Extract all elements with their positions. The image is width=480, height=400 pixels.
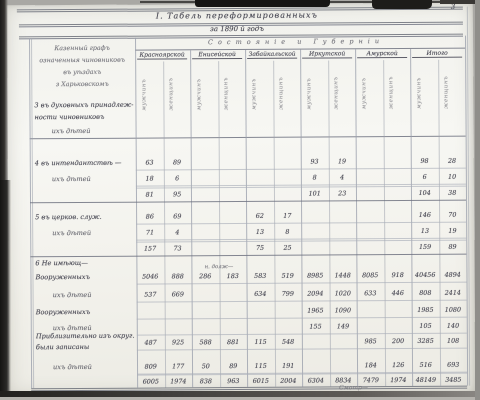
column-subheader-vertical: женщинъ <box>389 99 395 109</box>
table-cell: 8085 <box>356 271 384 279</box>
grid-hline <box>30 200 466 204</box>
column-group-header: Итого <box>412 50 462 58</box>
table-cell: 1985 <box>412 306 440 314</box>
table-cell: 93 <box>301 157 329 165</box>
column-subheader-vertical: женщинъ <box>224 100 230 110</box>
column-subheader-vertical: мужчинъ <box>361 99 367 109</box>
table-cell: 63 <box>136 158 164 166</box>
table-cell: 1974 <box>165 377 193 385</box>
table-cell: 146 <box>411 211 439 219</box>
table-cell: 13 <box>411 227 439 235</box>
table-cell: 548 <box>274 338 302 346</box>
table-cell: 48149 <box>412 376 440 384</box>
table-cell: 62 <box>246 212 274 220</box>
stub-header-line: въ уѣздахъ <box>31 69 133 77</box>
column-subheader-vertical: мужчинъ <box>141 101 147 111</box>
table-cell: 985 <box>357 337 385 345</box>
table-cell: 159 <box>411 243 439 251</box>
table-cell: 191 <box>274 362 302 370</box>
table-cell: 2414 <box>439 289 467 297</box>
table-cell: 286 <box>191 272 219 280</box>
column-subheader-vertical: мужчинъ <box>416 99 422 109</box>
table-cell: 1080 <box>439 306 467 314</box>
table-cell: 918 <box>384 271 412 279</box>
table-cell: 86 <box>136 212 164 220</box>
stub-header-line: означенныя чиновниковъ <box>31 57 133 65</box>
column-group-header: Красноярской <box>137 51 187 59</box>
table-cell: 693 <box>439 361 467 369</box>
table-cell: 537 <box>137 290 165 298</box>
table-cell: 140 <box>439 322 467 330</box>
row-label: ихъ дѣтей <box>52 127 134 136</box>
table-cell: 1020 <box>329 289 357 297</box>
table-cell: 73 <box>164 244 192 252</box>
table-cell: 89 <box>163 158 191 166</box>
row-label: ности чиновниковъ <box>34 113 133 122</box>
table-cell: 23 <box>328 189 356 197</box>
table-cell: 101 <box>301 189 329 197</box>
column-subheader-vertical: мужчинъ <box>306 100 312 110</box>
table-cell: 6015 <box>247 377 275 385</box>
table-cell: 838 <box>192 377 220 385</box>
scan-edge-right <box>475 0 480 400</box>
table-cell: 1965 <box>302 306 330 314</box>
row-label: были записаны <box>36 343 135 352</box>
table-cell: 4 <box>164 228 192 236</box>
table-cell: 808 <box>412 289 440 297</box>
table-cell: 157 <box>136 244 164 252</box>
table-cell: 200 <box>384 337 412 345</box>
row-label: Приблизительно изъ округ. <box>36 332 135 341</box>
table-cell: 155 <box>302 322 330 330</box>
stub-header-line: з Харьковскомъ <box>31 81 133 89</box>
scan-edge-top-blob <box>195 0 330 7</box>
column-group-header: Иркутской <box>302 50 352 58</box>
table-cell: 18 <box>136 174 164 182</box>
table-cell: 6 <box>411 173 439 181</box>
table-cell: 81 <box>136 190 164 198</box>
table-cell: 6005 <box>137 377 165 385</box>
scan-edge-top-blob <box>372 0 432 9</box>
table-cell: 516 <box>412 361 440 369</box>
table-cell: 177 <box>164 362 192 370</box>
table-cell: 115 <box>247 362 275 370</box>
table-cell: 6304 <box>302 376 330 384</box>
table-cell: 50 <box>192 362 220 370</box>
table-cell: 4894 <box>439 271 467 279</box>
table-cell: 8834 <box>330 376 358 384</box>
grid-vline <box>355 49 358 386</box>
table-cell: 1448 <box>329 271 357 279</box>
table-cell: 89 <box>219 362 247 370</box>
table-cell: 19 <box>328 157 356 165</box>
column-group-header: Забайкальской <box>247 51 297 59</box>
row-label: 5 въ церков. служ. <box>35 213 134 222</box>
table-cell: 519 <box>274 272 302 280</box>
table-cell: 95 <box>163 190 191 198</box>
column-subheader-vertical: женщинъ <box>169 100 175 110</box>
table-cell: 8985 <box>301 271 329 279</box>
table-cell: 25 <box>274 244 302 252</box>
table-cell: 3485 <box>440 376 468 384</box>
table-cell: 963 <box>220 377 248 385</box>
column-subheader-vertical: мужчинъ <box>196 100 202 110</box>
table-cell: 583 <box>246 272 274 280</box>
grid-hline <box>30 136 466 140</box>
table-cell: 669 <box>164 290 192 298</box>
table-cell: 105 <box>412 322 440 330</box>
scanned-document: 3 І. Табель переформированныхъ за 1890 й… <box>0 0 480 400</box>
table-cell: 98 <box>411 157 439 165</box>
table-cell: 1090 <box>329 306 357 314</box>
table-cell: 809 <box>137 362 165 370</box>
table-cell: 446 <box>384 289 412 297</box>
table-cell: 888 <box>164 272 192 280</box>
column-subheader-vertical: женщинъ <box>444 99 450 109</box>
table-cell: 19 <box>439 227 467 235</box>
table-cell: 38 <box>438 189 466 197</box>
table-cell: 1974 <box>385 376 413 384</box>
table-cell: 40456 <box>411 271 439 279</box>
column-subheader-vertical: женщинъ <box>334 99 340 109</box>
stub-header-line: Казенный графъ <box>31 45 133 53</box>
row-label: Вооруженныхъ <box>35 273 134 282</box>
table-cell: 8 <box>274 228 302 236</box>
table-cell: 71 <box>136 228 164 236</box>
table-cell: 70 <box>439 211 467 219</box>
row-label: ихъ дѣтей <box>53 363 135 372</box>
document-page: 3 І. Табель переформированныхъ за 1890 й… <box>7 3 475 396</box>
table-cell: 588 <box>192 338 220 346</box>
table-cell: 4 <box>328 173 356 181</box>
table-cell: 3285 <box>412 337 440 345</box>
table-cell: 13 <box>246 228 274 236</box>
scan-edge-left-shadow <box>0 180 11 400</box>
table-cell: 799 <box>274 290 302 298</box>
table-cell: 5046 <box>136 272 164 280</box>
table-cell: 75 <box>246 244 274 252</box>
column-group-header: Енисейской <box>192 51 242 59</box>
table-cell: 28 <box>438 157 466 165</box>
table-cell: 925 <box>164 338 192 346</box>
row-label: 6 Не имѣющ— <box>35 259 134 268</box>
row-label: ихъ дѣтей <box>52 175 134 184</box>
table-cell: 2094 <box>302 289 330 297</box>
row-label: ихъ дѣтей <box>53 291 135 300</box>
row-label: 4 въ интендантствѣ — <box>35 159 134 168</box>
table-cell: 89 <box>439 243 467 251</box>
table-cell: 881 <box>219 338 247 346</box>
row-label: ихъ дѣтей <box>52 229 134 238</box>
table-cell: 634 <box>247 290 275 298</box>
table-cell: 6 <box>163 174 191 182</box>
table-cell: 2004 <box>275 377 303 385</box>
grid-hline <box>30 254 466 258</box>
table-cell: 487 <box>137 338 165 346</box>
table-cell: 7479 <box>357 376 385 384</box>
scan-edge-top-blob <box>440 0 480 4</box>
table-cell: 104 <box>411 189 439 197</box>
table-cell: 17 <box>274 212 302 220</box>
table-cell: 115 <box>247 338 275 346</box>
table-cell: 10 <box>438 173 466 181</box>
table-cell: 149 <box>329 322 357 330</box>
column-subheader-vertical: мужчинъ <box>251 100 257 110</box>
column-subheader-vertical: женщинъ <box>279 100 285 110</box>
table-cell: 108 <box>439 337 467 345</box>
table-cell: 126 <box>384 361 412 369</box>
table-cell: 69 <box>164 212 192 220</box>
table-cell: 633 <box>357 289 385 297</box>
cell-note: н. долж— <box>191 264 246 270</box>
column-group-header: Амурской <box>357 50 407 58</box>
row-label: Вооруженныхъ <box>36 308 135 317</box>
table-cell: 183 <box>219 272 247 280</box>
table-cell: 8 <box>301 173 329 181</box>
row-label: 3 въ духовныхъ принадлеж- <box>34 101 133 110</box>
table-cell: 184 <box>357 361 385 369</box>
